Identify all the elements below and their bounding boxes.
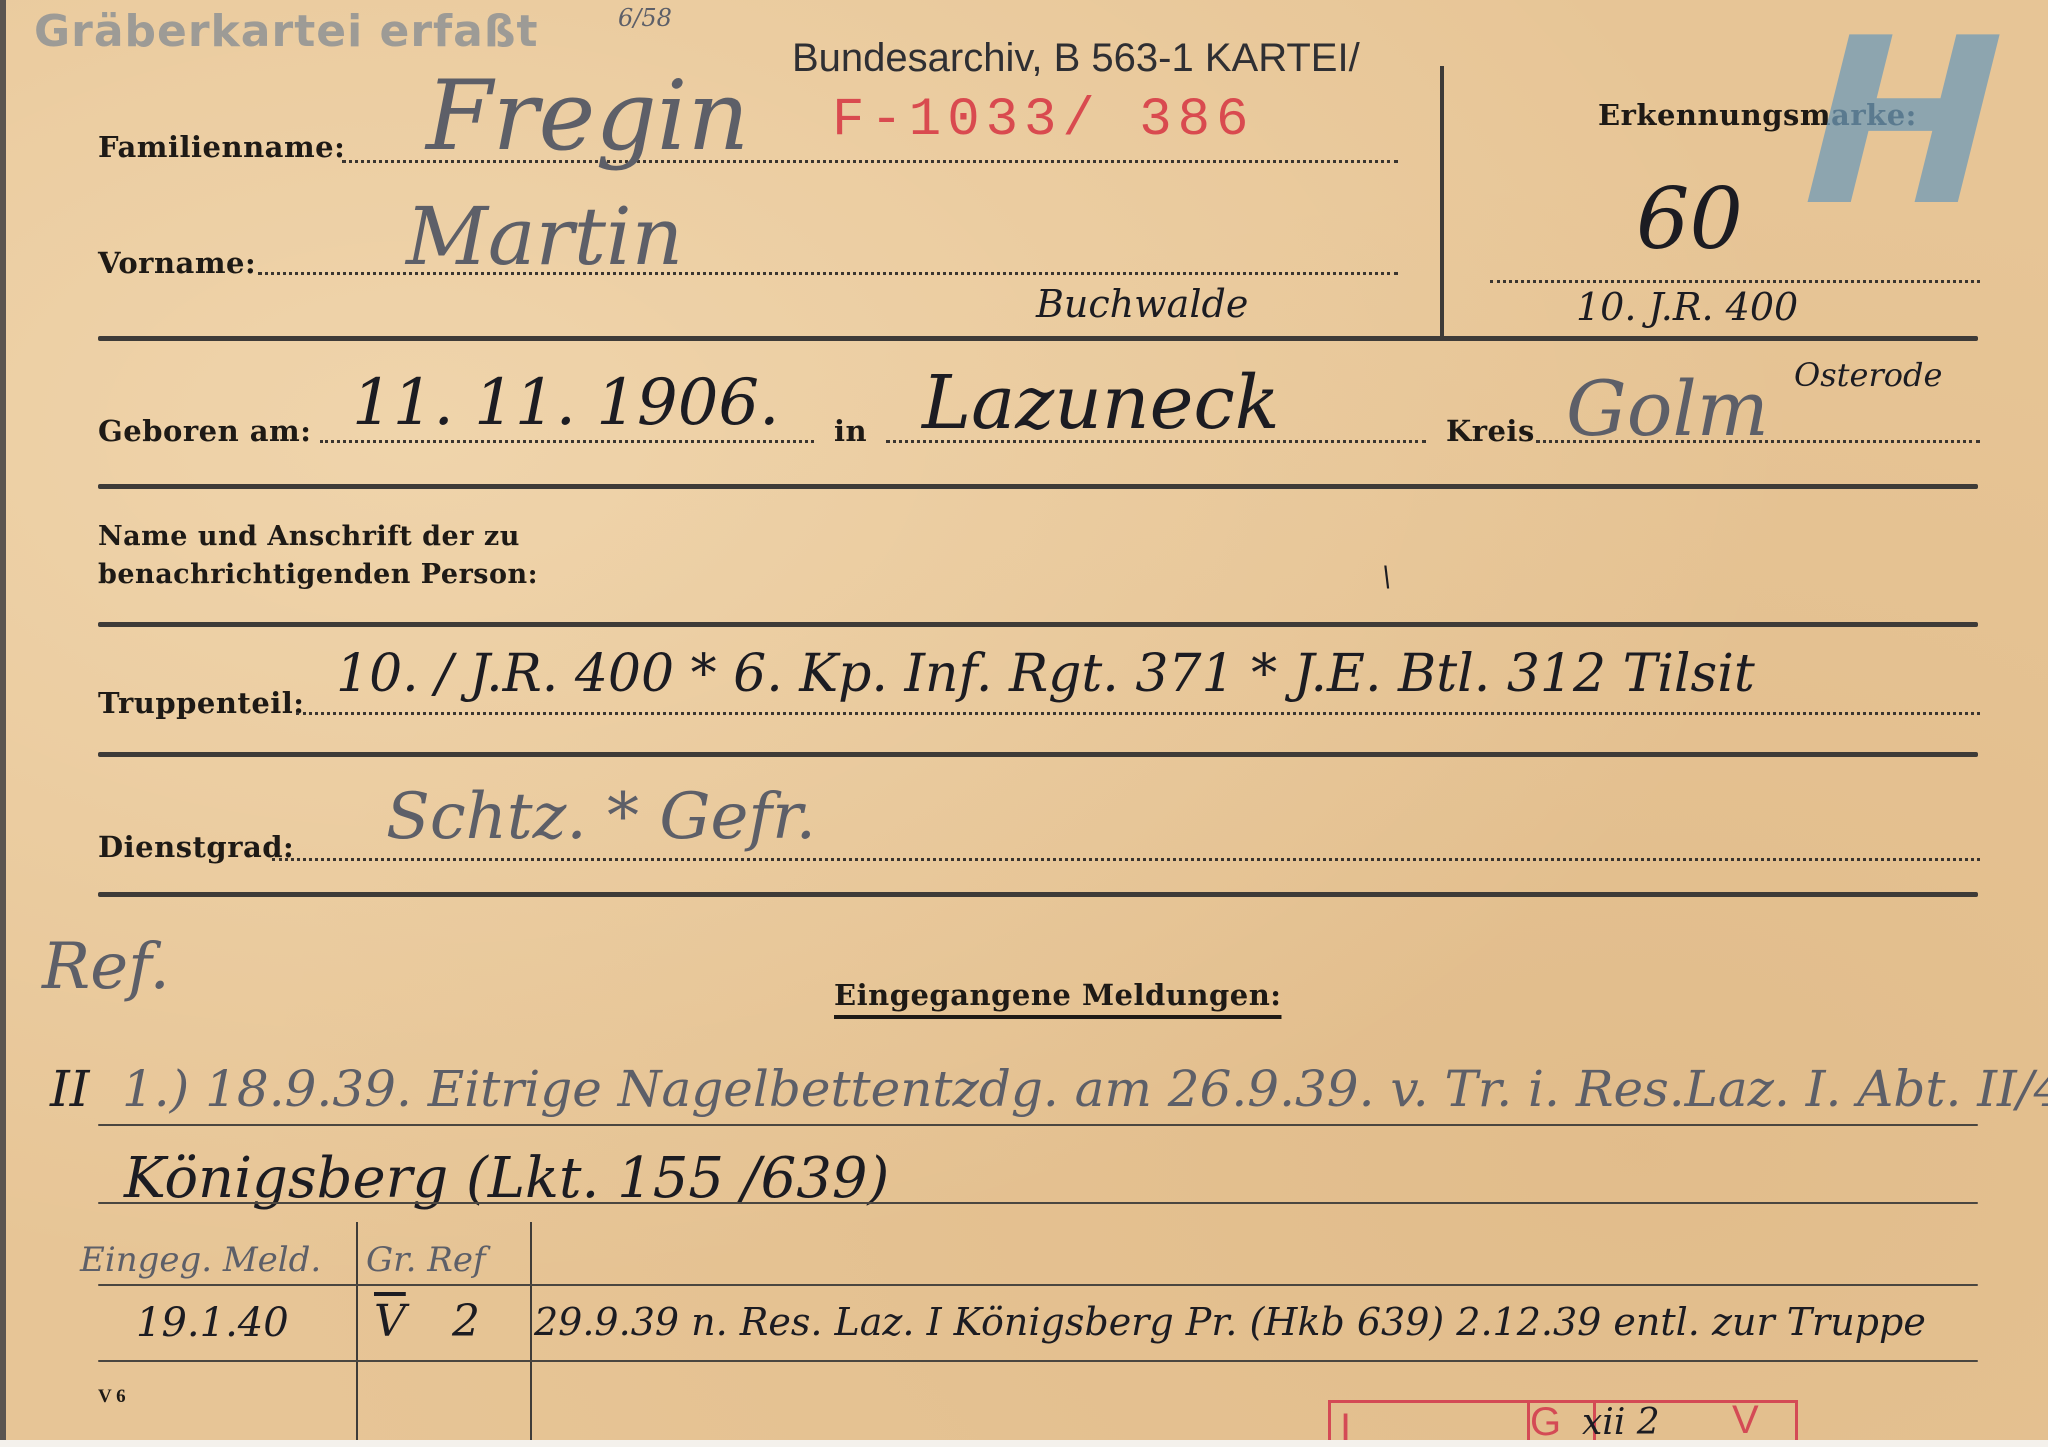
section-rule: [98, 892, 1978, 897]
table-rule: [98, 1360, 1978, 1362]
birth-date-line: [320, 440, 814, 443]
stray-mark: \: [1382, 560, 1391, 593]
red-stamp-cell-3: V: [1732, 1398, 1759, 1440]
scan-margin: [0, 1440, 2048, 1447]
unit-value: 10. / J.R. 400 * 6. Kp. Inf. Rgt. 371 * …: [336, 644, 1755, 704]
archive-stamp: Bundesarchiv, B 563-1 KARTEI/: [792, 36, 1360, 81]
index-card: Gräberkartei erfaßt 6/58 Bundesarchiv, B…: [0, 0, 2048, 1440]
reports-heading: Eingegangene Meldungen:: [834, 978, 1281, 1012]
rank-value: Schtz. * Gefr.: [386, 780, 816, 854]
table-row-text: 29.9.39 n. Res. Laz. I Königsberg Pr. (H…: [534, 1300, 1926, 1344]
first-name-value: Martin: [406, 190, 683, 283]
district-value: Golm: [1566, 364, 1769, 453]
id-tag-line: [1490, 280, 1980, 283]
rank-label: Dienstgrad:: [98, 830, 294, 864]
table-row-ref: 2: [452, 1296, 480, 1347]
surname-value: Fregin: [426, 60, 749, 172]
table-divider-1: [356, 1222, 358, 1440]
section-rule: [98, 752, 1978, 757]
unit-line: [296, 712, 1980, 715]
first-name-label: Vorname:: [98, 246, 256, 280]
id-tag-number: 60: [1636, 170, 1743, 268]
report-rule: [98, 1124, 1978, 1126]
surname-label: Familienname:: [98, 130, 345, 164]
birth-place-value: Lazuneck: [922, 360, 1280, 446]
roman-numeral: II: [50, 1060, 90, 1118]
district-label: Kreis: [1446, 414, 1535, 448]
red-stamp-box: [1328, 1400, 1798, 1440]
notify-person-label-1: Name und Anschrift der zu: [98, 518, 520, 556]
red-stamp-handwritten: xii 2: [1582, 1402, 1660, 1440]
notify-person-label-2: benachrichtigenden Person:: [98, 556, 538, 594]
graves-index-stamp: Gräberkartei erfaßt: [34, 6, 539, 57]
archive-signature-stamp: F-1033/ 386: [832, 90, 1254, 151]
table-header-received: Eingeg. Meld.: [80, 1240, 321, 1280]
red-stamp-cell-2: G: [1530, 1400, 1561, 1440]
table-rule: [98, 1284, 1978, 1286]
table-row-group: V: [374, 1296, 406, 1347]
district-note: Osterode: [1794, 356, 1942, 394]
section-rule: [98, 336, 1978, 341]
unit-label: Truppenteil:: [98, 686, 305, 720]
blue-pencil-mark: H: [1773, 0, 2032, 257]
section-rule: [98, 622, 1978, 627]
section-rule: [98, 484, 1978, 489]
report-entry-1-line-1: 1.) 18.9.39. Eitrige Nagelbettentzdg. am…: [122, 1060, 2048, 1118]
margin-ref-note: Ref.: [42, 930, 170, 1004]
stamp-note: 6/58: [618, 4, 672, 32]
table-header-group-ref: Gr. Ref: [366, 1240, 486, 1280]
birth-place-in-label: in: [834, 414, 867, 448]
birth-date-value: 11. 11. 1906.: [352, 366, 779, 440]
birth-date-label: Geboren am:: [98, 414, 311, 448]
id-tag-unit: 10. J.R. 400: [1576, 285, 1798, 329]
red-stamp-cell-1: I: [1340, 1406, 1351, 1440]
header-divider: [1440, 66, 1444, 338]
table-row-date: 19.1.40: [136, 1300, 289, 1346]
table-divider-2: [530, 1222, 532, 1440]
report-rule: [98, 1202, 1978, 1204]
rank-line: [272, 858, 1980, 861]
form-code: V 6: [98, 1386, 126, 1408]
first-name-note: Buchwalde: [1036, 282, 1248, 326]
